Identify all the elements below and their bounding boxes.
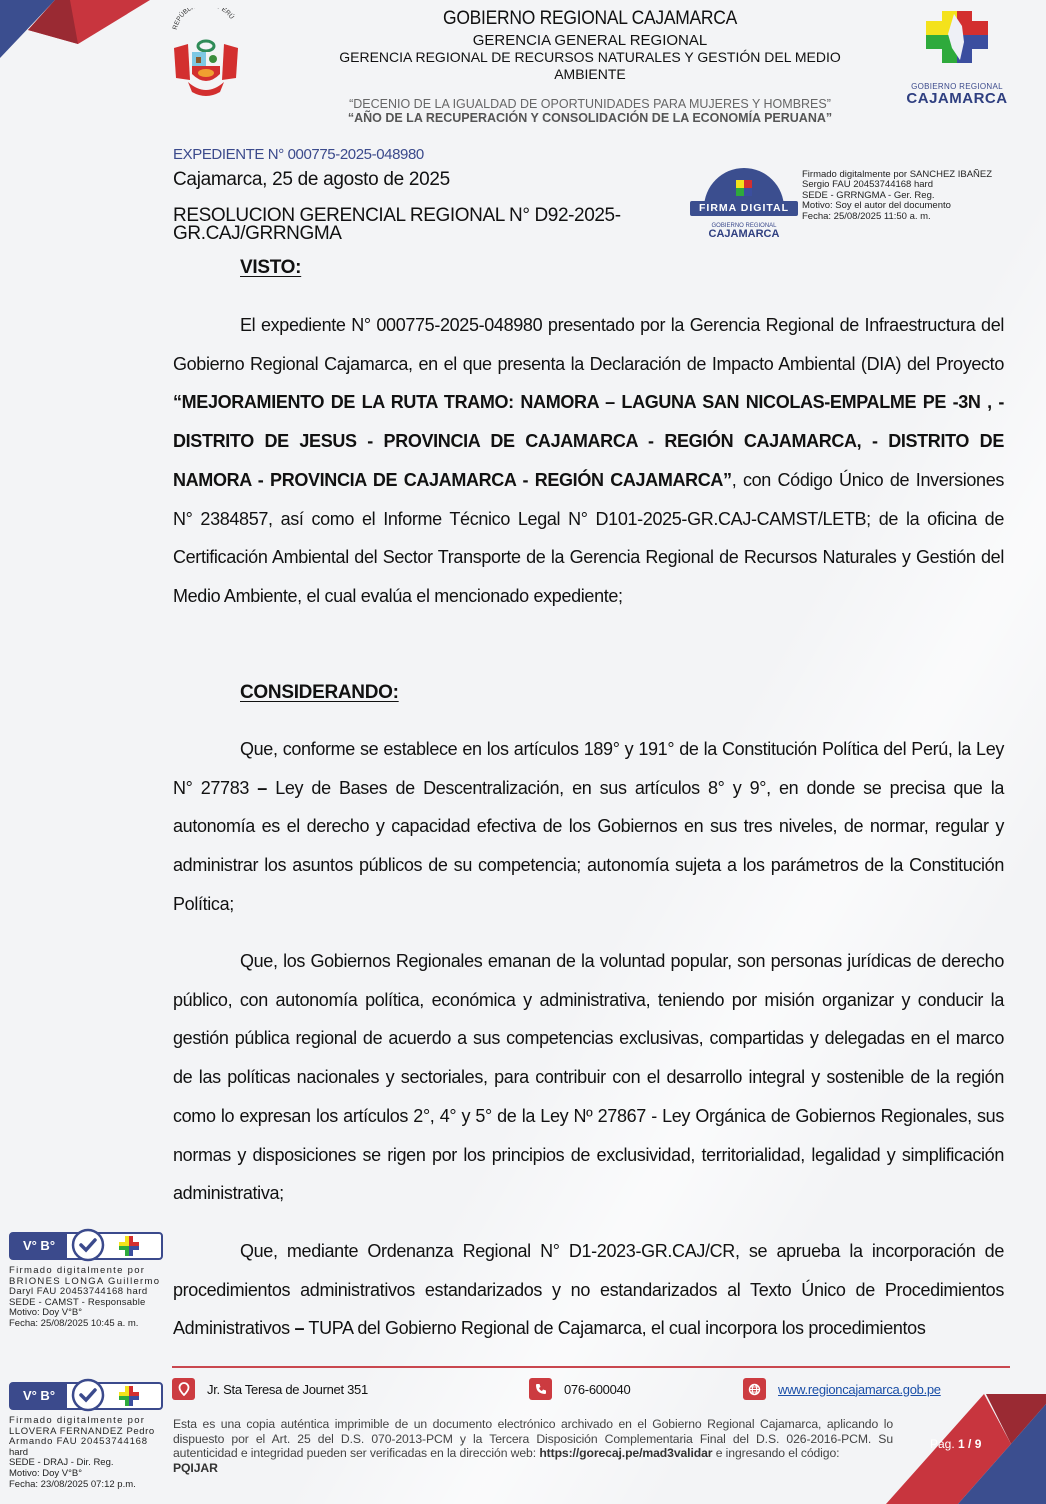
phone-icon (529, 1378, 552, 1400)
validation-code: PQIJAR (173, 1461, 218, 1475)
paragraph-considerando-2: Que, los Gobiernos Regionales emanan de … (173, 942, 1004, 1213)
cajamarca-cross-logo-icon (902, 8, 1012, 76)
institution-name: GOBIERNO REGIONAL CAJAMARCA (323, 8, 857, 30)
department-general: GERENCIA GENERAL REGIONAL (300, 32, 880, 49)
paragraph-visto: El expediente N° 000775-2025-048980 pres… (173, 306, 1004, 616)
firma-badge-title: CAJAMARCA (690, 229, 798, 240)
footer-address: Jr. Sta Teresa de Journet 351 (172, 1378, 368, 1400)
footer-divider (172, 1366, 1010, 1368)
corner-decoration-top-left (0, 0, 160, 60)
department-natural-resources: GERENCIA REGIONAL DE RECURSOS NATURALES … (300, 49, 880, 83)
gobierno-regional-cajamarca-logo: GOBIERNO REGIONAL CAJAMARCA (902, 8, 1012, 100)
expediente-number: EXPEDIENTE N° 000775-2025-048980 (173, 146, 424, 163)
firma-digital-label: FIRMA DIGITAL (690, 201, 798, 216)
vb-label: V° B° (11, 1234, 67, 1258)
cajamarca-mini-logo-icon (119, 1236, 139, 1256)
place-date: Cajamarca, 25 de agosto de 2025 (173, 169, 450, 191)
motto-year: “AÑO DE LA RECUPERACIÓN Y CONSOLIDACIÓN … (300, 111, 880, 125)
section-heading-visto: VISTO: (240, 257, 301, 279)
approval-signature-text: Firmado digitalmente por LLOVERA FERNAND… (9, 1416, 161, 1490)
authenticity-notice: Esta es una copia auténtica imprimible d… (173, 1417, 893, 1475)
approval-stamp-2: V° B° Firmado digitalmente por LLOVERA F… (9, 1382, 161, 1490)
peru-coat-of-arms-icon: REPÚBLICA DEL PERÚ (168, 8, 244, 100)
vb-badge: V° B° (9, 1382, 163, 1410)
letterhead: GOBIERNO REGIONAL CAJAMARCA GERENCIA GEN… (300, 8, 880, 125)
footer-phone: 076-600040 (529, 1378, 630, 1400)
section-heading-considerando: CONSIDERANDO: (240, 682, 399, 704)
location-pin-icon (172, 1378, 195, 1400)
page-number: Pág. 1 / 9 (930, 1437, 981, 1451)
digital-signature-info: Firmado digitalmente por SANCHEZ IBAÑEZ … (802, 170, 992, 222)
vb-badge: V° B° (9, 1232, 163, 1260)
globe-icon (743, 1378, 766, 1400)
resolution-title: RESOLUCION GERENCIAL REGIONAL N° D92-202… (173, 207, 643, 243)
motto-decade: “DECENIO DE LA IGUALDAD DE OPORTUNIDADES… (300, 97, 880, 111)
approval-stamp-1: V° B° Firmado digitalmente por BRIONES L… (9, 1232, 161, 1330)
paragraph-considerando-1: Que, conforme se establece en los artícu… (173, 730, 1004, 924)
vb-label: V° B° (11, 1384, 67, 1408)
firma-digital-badge: FIRMA DIGITAL GOBIERNO REGIONAL CAJAMARC… (690, 168, 798, 238)
validation-url[interactable]: https://gorecaj.pe/mad3validar (539, 1446, 712, 1460)
approval-signature-text: Firmado digitalmente por BRIONES LONGA G… (9, 1266, 161, 1330)
svg-text:REPÚBLICA DEL PERÚ: REPÚBLICA DEL PERÚ (172, 8, 237, 31)
cajamarca-mini-logo-icon (119, 1386, 139, 1406)
checkmark-seal-icon (71, 1378, 105, 1412)
logo-title: CAJAMARCA (902, 90, 1012, 107)
paragraph-considerando-3: Que, mediante Ordenanza Regional N° D1-2… (173, 1232, 1004, 1348)
checkmark-seal-icon (71, 1228, 105, 1262)
signature-line: Fecha: 25/08/2025 11:50 a. m. (802, 212, 992, 222)
